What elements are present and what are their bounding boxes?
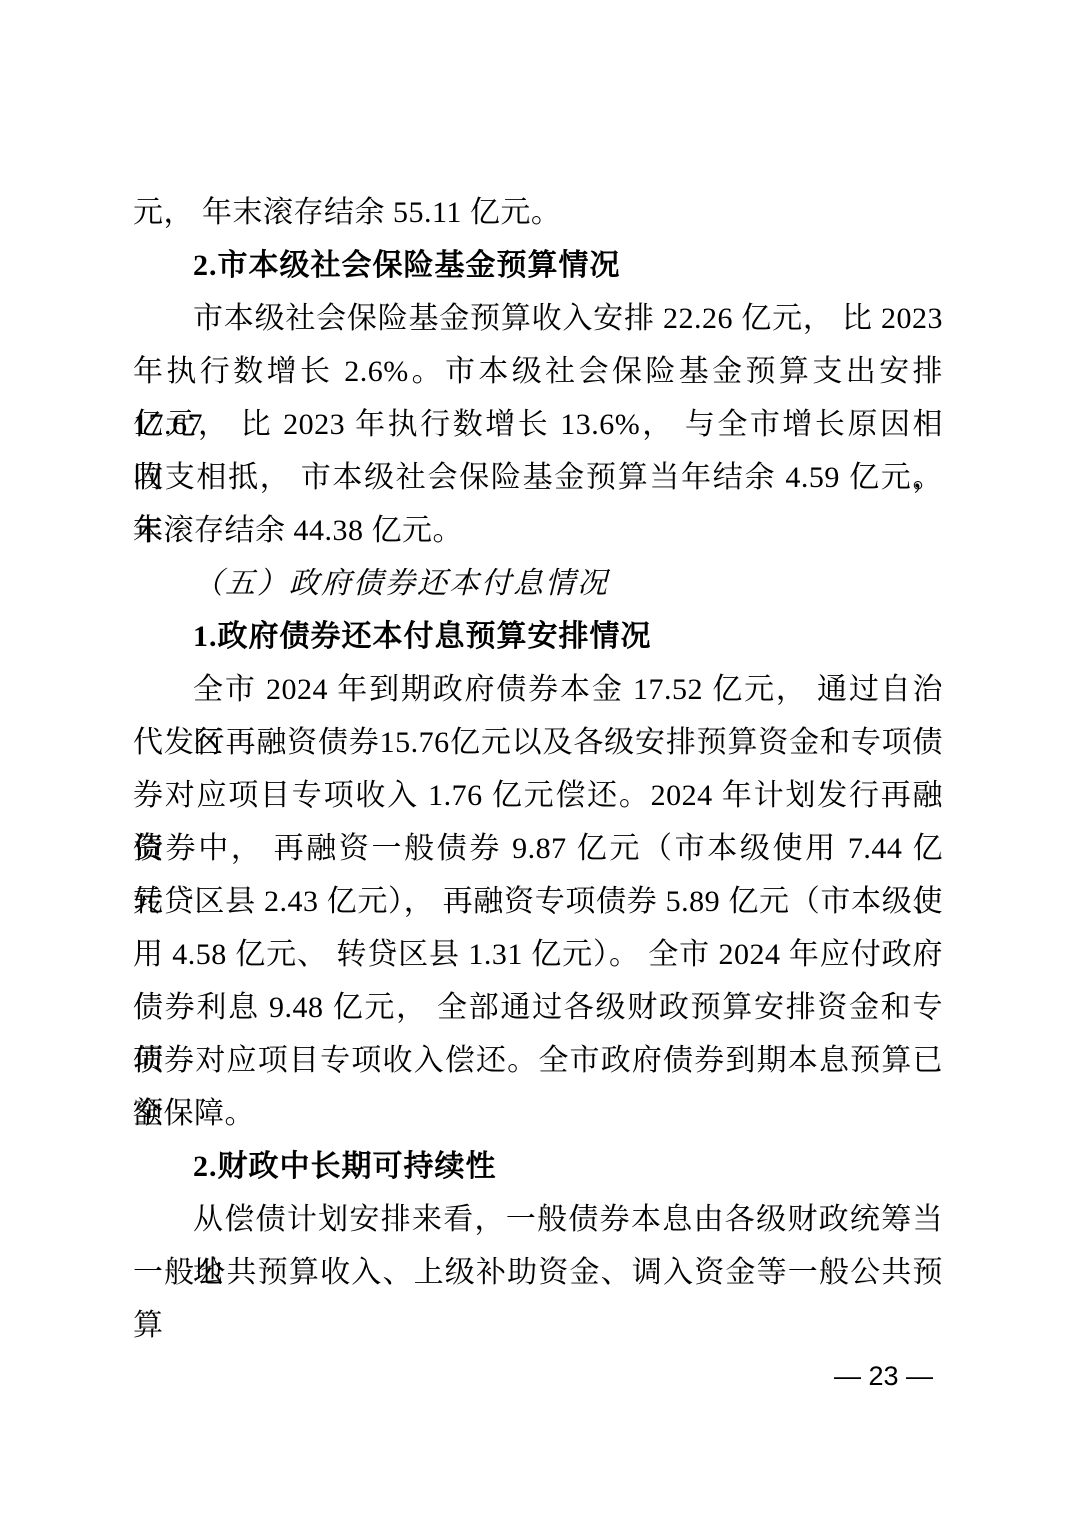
text-line-11: 代发行再融资债券15.76亿元以及各级安排预算资金和专项债 bbox=[133, 716, 943, 769]
text-line-3: 市本级社会保险基金预算收入安排 22.26 亿元， 比 2023 bbox=[133, 292, 943, 345]
text-line-2: 2.市本级社会保险基金预算情况 bbox=[133, 239, 943, 292]
text-line-7: 末滚存结余 44.38 亿元。 bbox=[133, 504, 943, 557]
text-line-14: 转贷区县 2.43 亿元）， 再融资专项债券 5.89 亿元（市本级使 bbox=[133, 875, 943, 928]
text-line-17: 债券对应项目专项收入偿还。全市政府债券到期本息预算已全 bbox=[133, 1034, 943, 1087]
text-line-20: 从偿债计划安排来看，一般债券本息由各级财政统筹当地 bbox=[133, 1193, 943, 1246]
text-line-18: 额保障。 bbox=[133, 1087, 943, 1140]
text-line-9: 1.政府债券还本付息预算安排情况 bbox=[133, 610, 943, 663]
text-line-4: 年执行数增长 2.6%。市本级社会保险基金预算支出安排 17.67 bbox=[133, 345, 943, 398]
text-line-21: 一般公共预算收入、上级补助资金、调入资金等一般公共预算 bbox=[133, 1246, 943, 1299]
text-line-6: 收支相抵， 市本级社会保险基金预算当年结余 4.59 亿元， 年 bbox=[133, 451, 943, 504]
document-page: 元， 年末滚存结余 55.11 亿元。2.市本级社会保险基金预算情况市本级社会保… bbox=[0, 0, 1074, 1520]
document-text-block: 元， 年末滚存结余 55.11 亿元。2.市本级社会保险基金预算情况市本级社会保… bbox=[133, 186, 943, 1299]
page-number: — 23 — bbox=[133, 1356, 933, 1396]
text-line-10: 全市 2024 年到期政府债券本金 17.52 亿元， 通过自治区 bbox=[133, 663, 943, 716]
text-line-5: 亿元， 比 2023 年执行数增长 13.6%， 与全市增长原因相同。 bbox=[133, 398, 943, 451]
text-line-13: 债券中， 再融资一般债券 9.87 亿元（市本级使用 7.44 亿元、 bbox=[133, 822, 943, 875]
text-line-1: 元， 年末滚存结余 55.11 亿元。 bbox=[133, 186, 943, 239]
text-line-15: 用 4.58 亿元、 转贷区县 1.31 亿元）。 全市 2024 年应付政府 bbox=[133, 928, 943, 981]
text-line-16: 债券利息 9.48 亿元， 全部通过各级财政预算安排资金和专项 bbox=[133, 981, 943, 1034]
text-line-12: 券对应项目专项收入 1.76 亿元偿还。2024 年计划发行再融资 bbox=[133, 769, 943, 822]
text-line-19: 2.财政中长期可持续性 bbox=[133, 1140, 943, 1193]
text-line-8: （五）政府债券还本付息情况 bbox=[133, 557, 943, 610]
